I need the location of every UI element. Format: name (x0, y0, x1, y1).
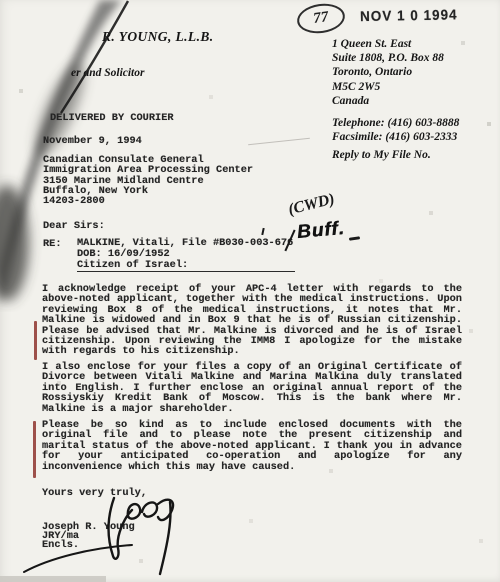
re-citizenship-line: Citizen of Israel: (77, 260, 295, 273)
text-line: M5C 2W5 (332, 80, 444, 94)
letterhead-title-fragment: er and Solicitor (71, 67, 144, 79)
red-margin-mark-1 (34, 321, 37, 360)
letterhead-telephone: Telephone: (416) 603-8888 (332, 116, 459, 130)
text-line: Toronto, Ontario (332, 65, 444, 79)
handwritten-dash-stroke (349, 236, 360, 241)
salutation: Dear Sirs: (43, 220, 105, 232)
signature-scrawl (20, 490, 205, 582)
re-label: RE: (43, 238, 62, 250)
scanned-letter-page: R. YOUNG, L.L.B. er and Solicitor 77 NOV… (0, 0, 500, 582)
body-paragraph-2: I also enclose for your files a copy of … (42, 362, 462, 414)
letterhead-address: 1 Queen St. EastSuite 1808, P.O. Box 88T… (332, 37, 444, 108)
text-line: 1 Queen St. East (332, 37, 444, 51)
handwritten-buff-note: Buff. (296, 218, 346, 244)
scan-crease-line (248, 138, 310, 145)
text-line: inconvenience which this may have caused… (42, 462, 462, 472)
re-block: MALKINE, Vitali, File #B030-003-676 DOB:… (77, 238, 295, 272)
delivery-method-line: DELIVERED BY COURIER (50, 112, 174, 124)
received-date-stamp: NOV 1 0 1994 (360, 7, 458, 24)
text-line: 14203-2800 (43, 196, 253, 206)
red-margin-mark-2 (33, 421, 36, 478)
handwritten-cwd-note: (CWD) (287, 191, 337, 220)
re-dob-line: DOB: 16/09/1952 (77, 249, 295, 260)
text-line: Suite 1808, P.O. Box 88 (332, 51, 444, 65)
letter-date: November 9, 1994 (43, 135, 142, 147)
handwritten-circled-number: 77 (295, 1, 347, 36)
body-paragraph-1: I acknowledge receipt of your APC-4 lett… (42, 284, 462, 357)
recipient-address-block: Canadian Consulate GeneralImmigration Ar… (43, 155, 253, 206)
reply-to-file-label: Reply to My File No. (332, 149, 431, 161)
handwritten-tick-mark (261, 228, 264, 235)
circled-number-text: 77 (312, 9, 329, 28)
text-line: Canada (332, 94, 444, 108)
letterhead-contact: Telephone: (416) 603-8888 Facsimile: (41… (332, 116, 459, 144)
letterhead-name: R. YOUNG, L.L.B. (102, 29, 214, 45)
text-line: Malkine is a major shareholder. (42, 404, 462, 414)
body-paragraph-3: Please be so kind as to include enclosed… (42, 420, 462, 472)
text-line: with regards to his citizenship. (42, 346, 462, 356)
scan-edge-artifact (0, 576, 106, 582)
letterhead-facsimile: Facsimile: (416) 603-2333 (332, 130, 459, 144)
